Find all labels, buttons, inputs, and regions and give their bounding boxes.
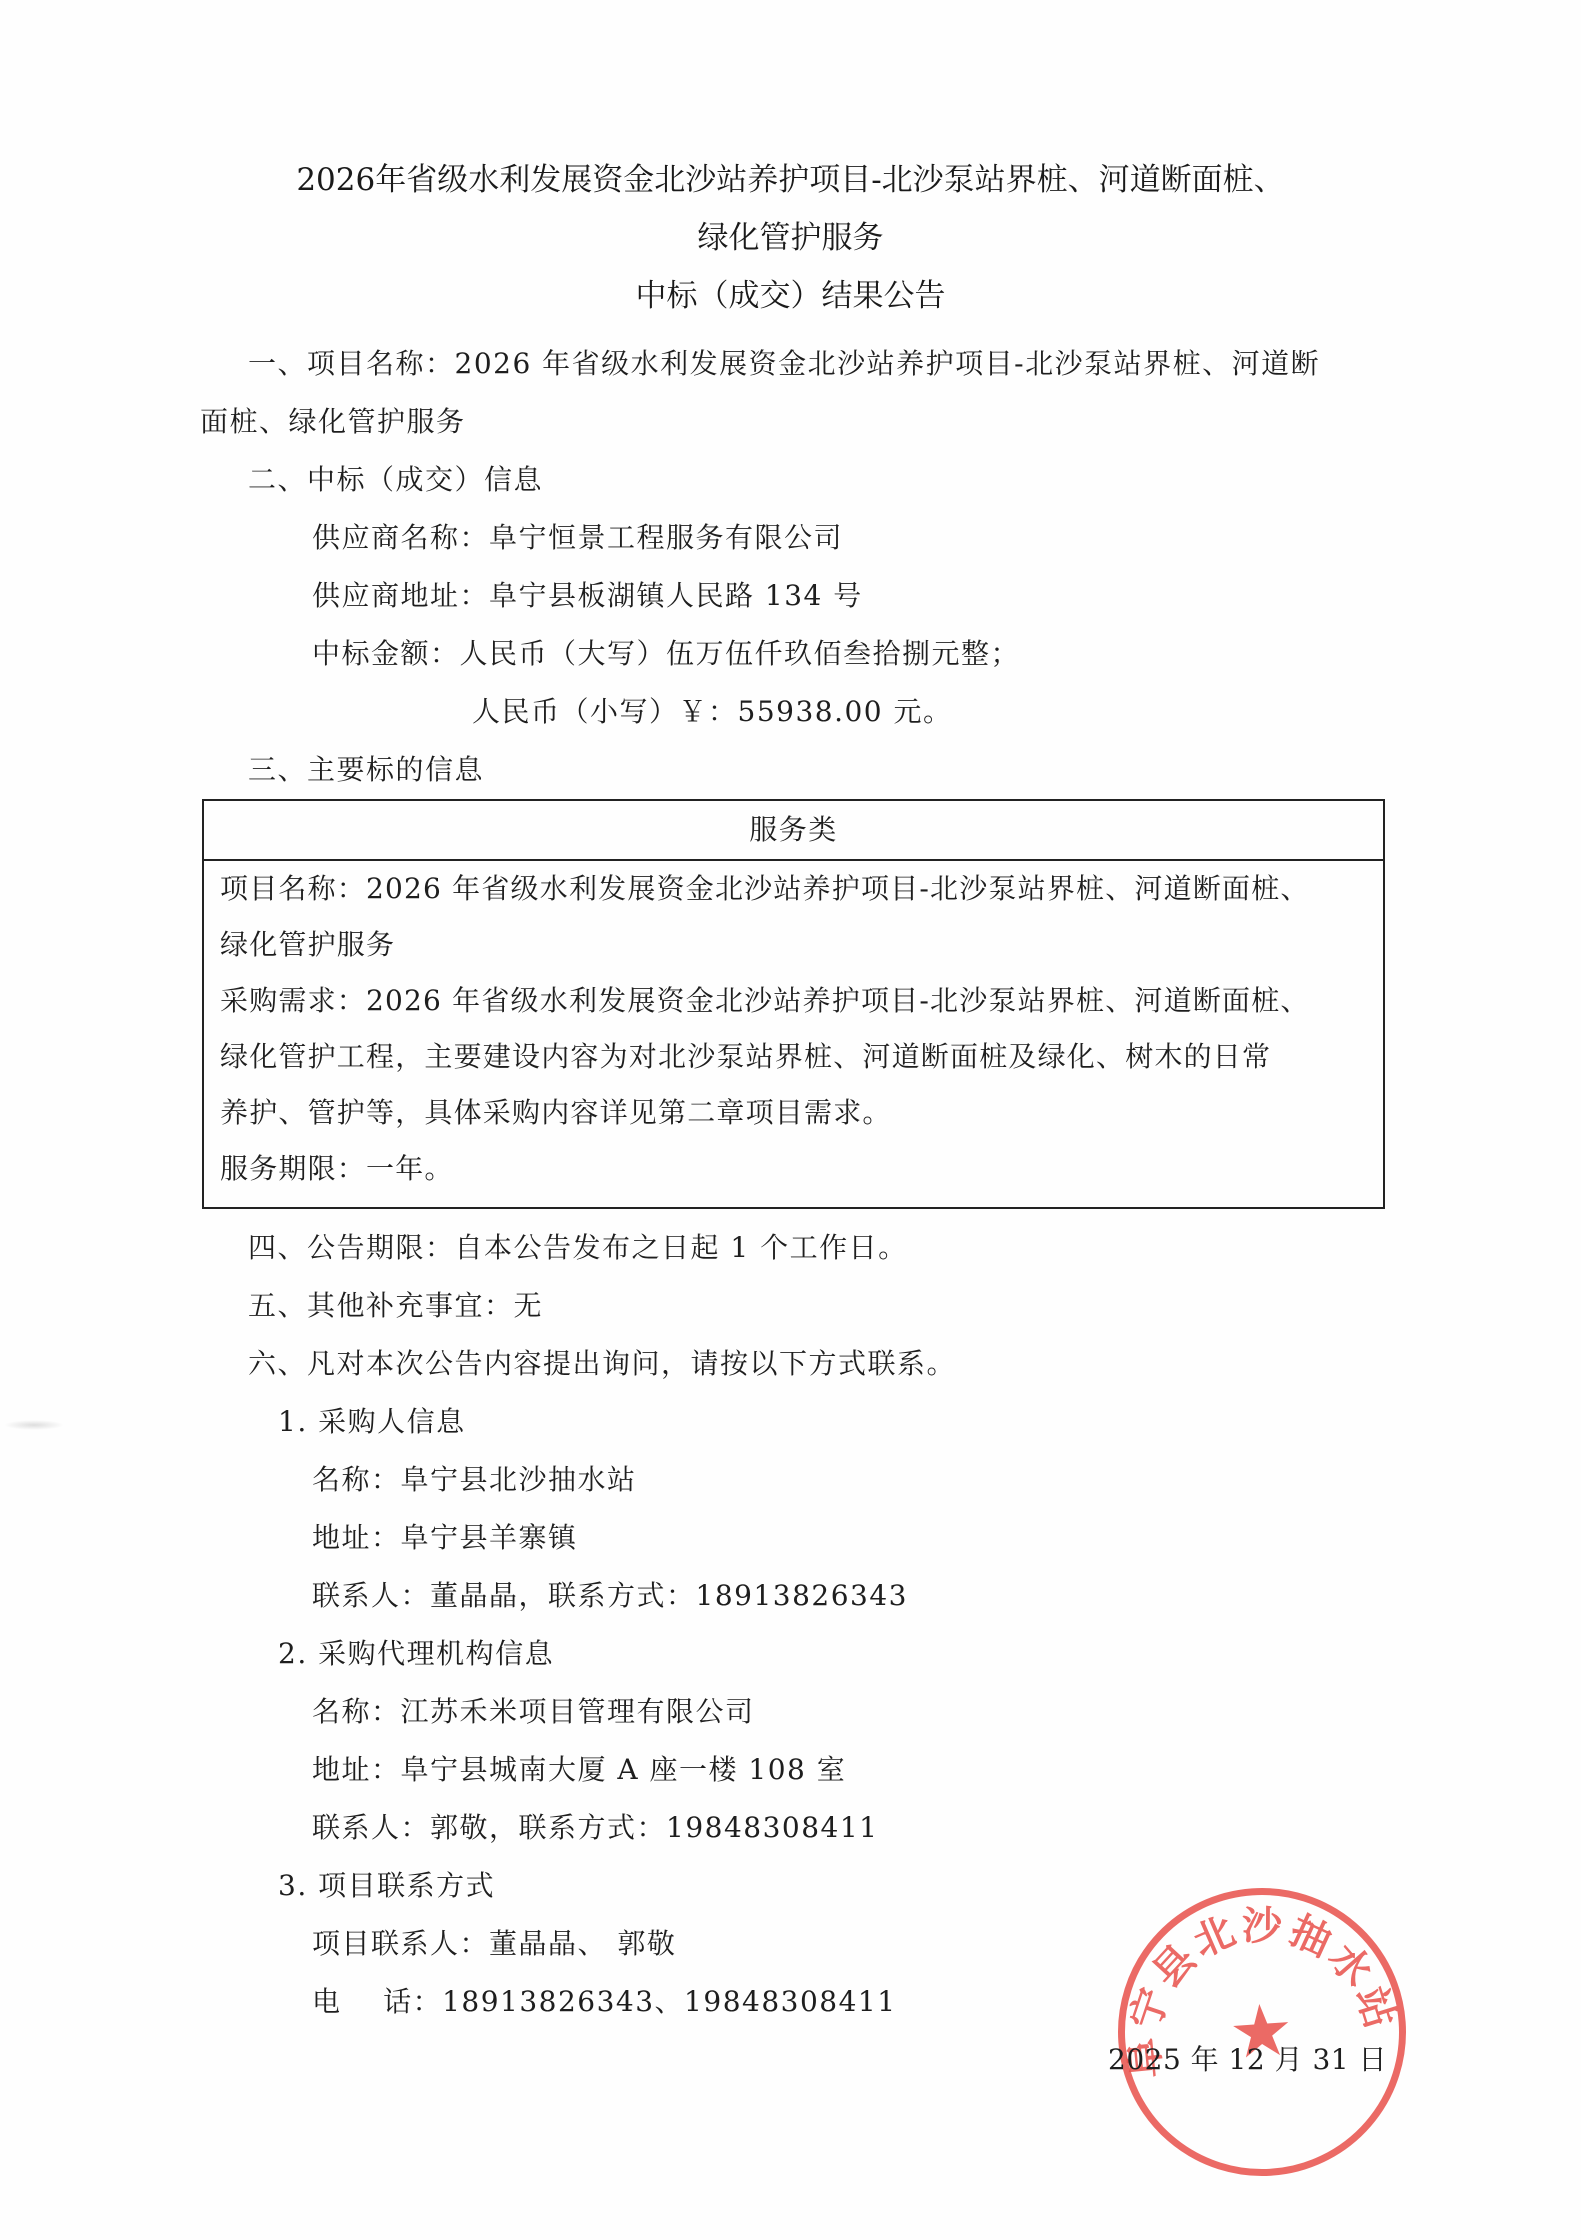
project-contact-persons: 项目联系人：董晶晶、 郭敬 [312,1924,676,1964]
table-row: 采购需求：2026 年省级水利发展资金北沙站养护项目-北沙泵站界桩、河道断面桩、 [220,981,1310,1021]
document-title-line-2: 绿化管护服务 [0,218,1581,258]
section2-heading: 二、中标（成交）信息 [248,460,543,500]
project-contact-phone: 电 话：18913826343、19848308411 [312,1982,897,2022]
supplier-address: 供应商地址：阜宁县板湖镇人民路 134 号 [312,576,863,616]
section1-project-name-line2: 面桩、绿化管护服务 [200,402,466,442]
purchaser-address: 地址：阜宁县羊寨镇 [312,1518,578,1558]
bid-amount-lower: 人民币（小写）￥：55938.00 元。 [472,692,953,732]
table-row: 绿化管护服务 [220,925,395,965]
section6-heading: 六、凡对本次公告内容提出询问，请按以下方式联系。 [248,1344,956,1384]
table-header-service-category: 服务类 [204,801,1383,861]
section4-notice-period: 四、公告期限：自本公告发布之日起 1 个工作日。 [248,1228,908,1268]
table-row: 项目名称：2026 年省级水利发展资金北沙站养护项目-北沙泵站界桩、河道断面桩、 [220,869,1310,909]
section3-heading: 三、主要标的信息 [248,750,484,790]
subject-info-table: 服务类 项目名称：2026 年省级水利发展资金北沙站养护项目-北沙泵站界桩、河道… [202,799,1385,1209]
agency-contact: 联系人：郭敬，联系方式：19848308411 [312,1808,878,1848]
purchaser-heading: 1. 采购人信息 [278,1402,466,1442]
bid-amount-upper: 中标金额：人民币（大写）伍万伍仟玖佰叁拾捌元整； [312,634,1020,674]
document-page: 2026年省级水利发展资金北沙站养护项目-北沙泵站界桩、河道断面桩、 绿化管护服… [0,0,1581,2240]
agency-heading: 2. 采购代理机构信息 [278,1634,554,1674]
section1-project-name-line1: 一、项目名称：2026 年省级水利发展资金北沙站养护项目-北沙泵站界桩、河道断 [248,344,1320,384]
table-row: 养护、管护等，具体采购内容详见第二章项目需求。 [220,1093,892,1133]
announcement-date: 2025 年 12 月 31 日 [1108,2040,1387,2080]
official-seal-stamp: 阜宁县北沙抽水站 ★ [1108,1878,1415,2185]
table-row: 服务期限：一年。 [220,1149,454,1189]
supplier-name: 供应商名称：阜宁恒景工程服务有限公司 [312,518,843,558]
section5-other-matters: 五、其他补充事宜：无 [248,1286,543,1326]
table-row: 绿化管护工程，主要建设内容为对北沙泵站界桩、河道断面桩及绿化、树木的日常 [220,1037,1271,1077]
scan-artifact [4,1420,64,1430]
document-subtitle: 中标（成交）结果公告 [0,276,1581,316]
purchaser-name: 名称：阜宁县北沙抽水站 [312,1460,637,1500]
agency-name: 名称：江苏禾米项目管理有限公司 [312,1692,755,1732]
document-title-line-1: 2026年省级水利发展资金北沙站养护项目-北沙泵站界桩、河道断面桩、 [0,160,1581,200]
purchaser-contact: 联系人：董晶晶，联系方式：18913826343 [312,1576,908,1616]
project-contact-heading: 3. 项目联系方式 [278,1866,495,1906]
agency-address: 地址：阜宁县城南大厦 A 座一楼 108 室 [312,1750,846,1790]
